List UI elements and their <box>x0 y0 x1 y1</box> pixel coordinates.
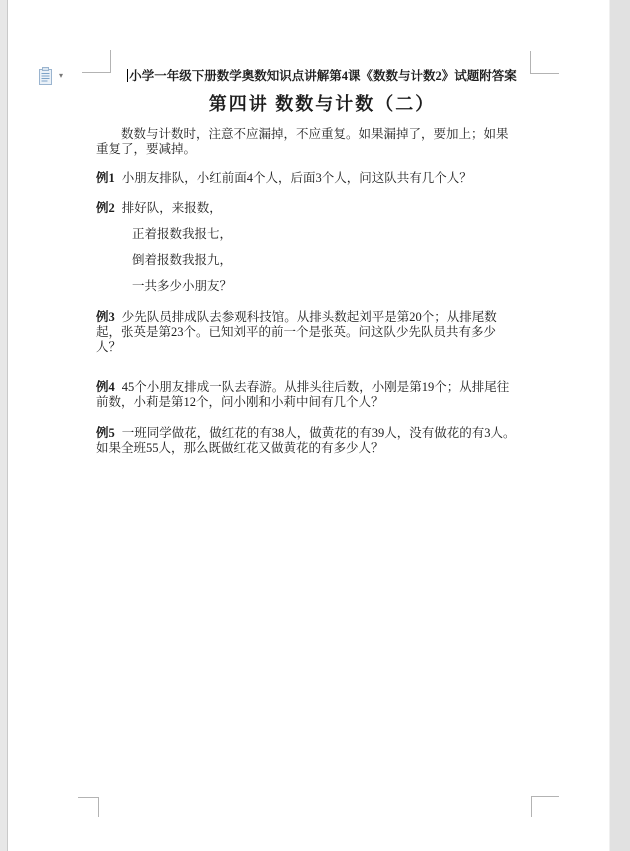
document-title: 小学一年级下册数学奥数知识点讲解第4课《数数与计数2》试题附答案 <box>110 68 534 84</box>
section-heading: 第四讲 数数与计数（二） <box>110 92 534 116</box>
example-2-label: 例2 <box>96 201 115 215</box>
example-3-text: 少先队员排成队去参观科技馆。从排头数起刘平是第20个；从排尾数起，张英是第23个… <box>96 310 497 354</box>
intro-paragraph: 数数与计数时，注意不应漏掉，不应重复。如果漏掉了，要加上；如果重复了，要减掉。 <box>96 127 520 157</box>
example-2-text: 排好队，来报数， <box>122 201 222 215</box>
margin-crop-mark-top-right <box>530 51 559 74</box>
example-2-verse-line: 正着报数我报七， <box>132 227 520 242</box>
example-5: 例5一班同学做花，做红花的有38人，做黄花的有39人，没有做花的有3人。如果全班… <box>96 426 520 456</box>
example-3: 例3少先队员排成队去参观科技馆。从排头数起刘平是第20个；从排尾数起，张英是第2… <box>96 310 520 355</box>
example-1-text: 小朋友排队，小红前面4个人，后面3个人，问这队共有几个人？ <box>122 171 472 185</box>
example-5-text: 一班同学做花，做红花的有38人，做黄花的有39人，没有做花的有3人。如果全班55… <box>96 426 516 455</box>
clipboard-icon <box>38 67 55 86</box>
example-1: 例1小朋友排队，小红前面4个人，后面3个人，问这队共有几个人？ <box>96 171 520 186</box>
example-2: 例2排好队，来报数， <box>96 201 520 216</box>
example-4-label: 例4 <box>96 380 115 394</box>
example-4-text: 45个小朋友排成一队去春游。从排头往后数，小刚是第19个；从排尾往前数，小莉是第… <box>96 380 509 409</box>
document-content: 小学一年级下册数学奥数知识点讲解第4课《数数与计数2》试题附答案 第四讲 数数与… <box>96 68 520 456</box>
example-1-label: 例1 <box>96 171 115 185</box>
example-2-verse-line: 一共多少小朋友？ <box>132 279 520 294</box>
example-5-label: 例5 <box>96 426 115 440</box>
paste-options-button[interactable]: ▾ <box>38 64 63 88</box>
chevron-down-icon: ▾ <box>59 72 63 80</box>
margin-crop-mark-bottom-left <box>78 797 99 817</box>
example-4: 例445个小朋友排成一队去春游。从排头往后数，小刚是第19个；从排尾往前数，小莉… <box>96 380 520 410</box>
example-3-label: 例3 <box>96 310 115 324</box>
margin-crop-mark-bottom-right <box>531 796 559 817</box>
example-2-verse-line: 倒着报数我报九， <box>132 253 520 268</box>
document-title-text: 小学一年级下册数学奥数知识点讲解第4课《数数与计数2》试题附答案 <box>129 69 517 83</box>
page-gutter-left <box>0 0 8 851</box>
page-gutter-right <box>609 0 630 851</box>
